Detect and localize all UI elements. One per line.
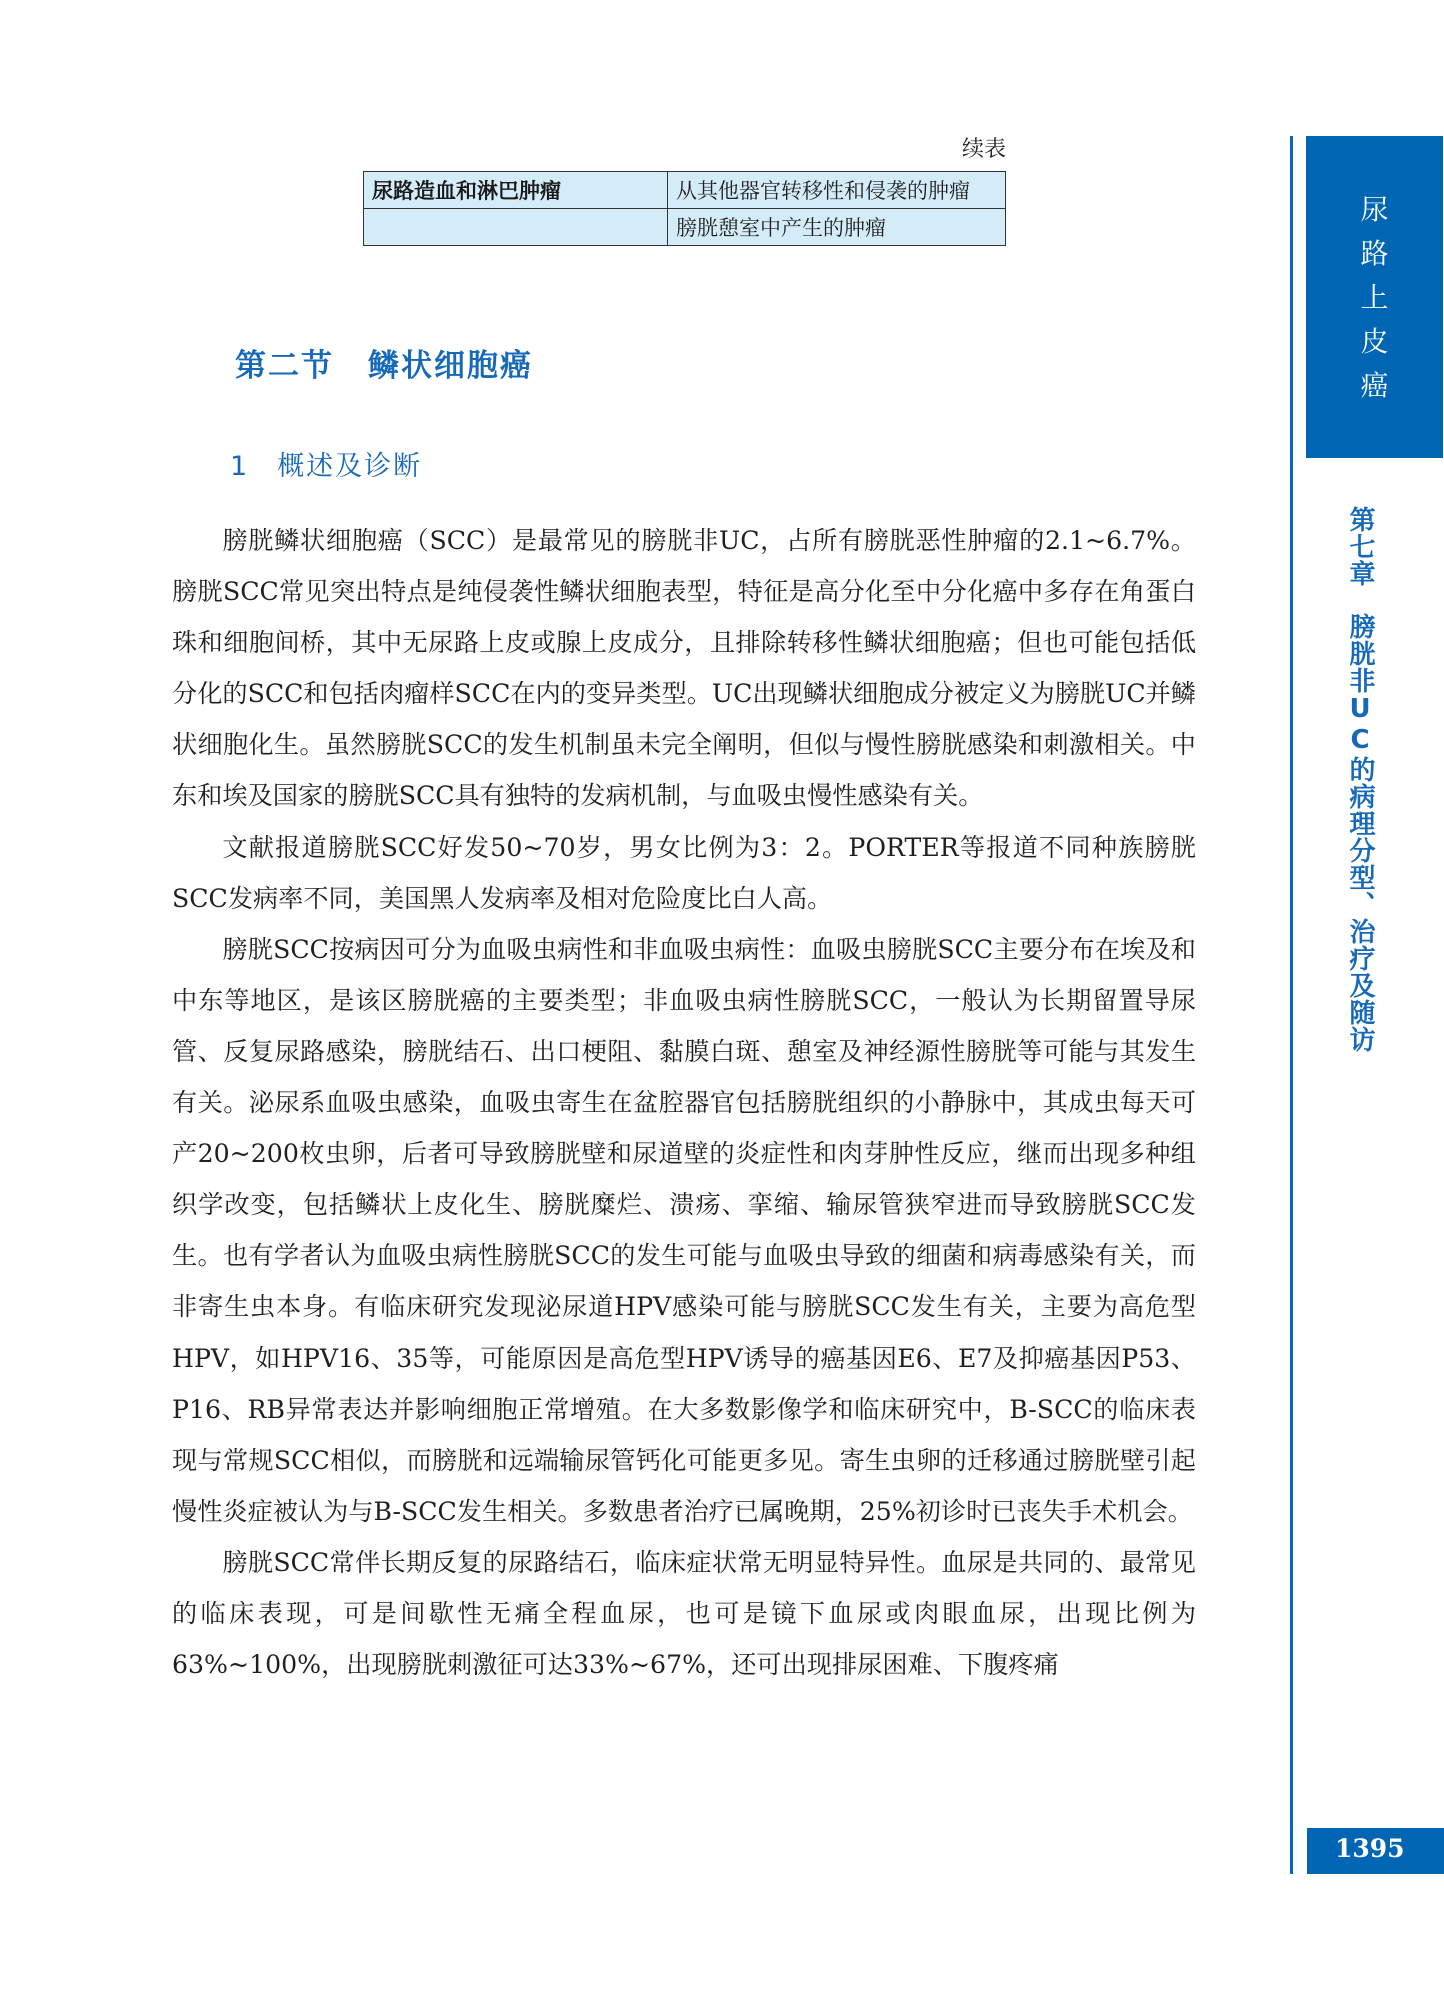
table-cell-item: 膀胱憩室中产生的肿瘤 [668,209,1006,246]
table-cell-category [364,209,668,246]
body-text: 膀胱鳞状细胞癌（SCC）是最常见的膀胱非UC，占所有膀胱恶性肿瘤的2.1~6.7… [172,515,1196,1690]
chapter-title-latin: UC [1345,694,1375,756]
table-row: 尿路造血和淋巴肿瘤 从其他器官转移性和侵袭的肿瘤 [364,172,1006,209]
paragraph: 膀胱SCC按病因可分为血吸虫病性和非血吸虫病性：血吸虫膀胱SCC主要分布在埃及和… [172,924,1196,1537]
page-number: 1395 [1335,1834,1405,1863]
section-number: 第二节 [235,348,334,384]
classification-table: 尿路造血和淋巴肿瘤 从其他器官转移性和侵袭的肿瘤 膀胱憩室中产生的肿瘤 [363,171,1006,246]
paragraph: 文献报道膀胱SCC好发50~70岁，男女比例为3：2。PORTER等报道不同种族… [172,822,1196,924]
part-title-char: 癌 [1306,364,1443,408]
chapter-number: 第七章 [1345,506,1375,587]
part-title-char: 路 [1306,232,1443,276]
paragraph: 膀胱鳞状细胞癌（SCC）是最常见的膀胱非UC，占所有膀胱恶性肿瘤的2.1~6.7… [172,515,1196,822]
chapter-title-pre: 膀胱非 [1345,613,1375,694]
part-title: 尿路上皮癌 [1306,188,1443,408]
subsection-number: 1 [230,451,249,482]
page-number-box: 1395 [1307,1828,1444,1874]
chapter-running-head: 第七章膀胱非UC的病理分型、治疗及随访 [1338,506,1382,1053]
paragraph: 膀胱SCC常伴长期反复的尿路结石，临床症状常无明显特异性。血尿是共同的、最常见的… [172,1537,1196,1690]
table-row: 膀胱憩室中产生的肿瘤 [364,209,1006,246]
part-title-char: 上 [1306,276,1443,320]
subsection-title: 概述及诊断 [277,451,422,482]
table-continued-label: 续表 [940,132,1006,163]
subsection-heading: 1概述及诊断 [230,444,422,483]
part-title-char: 尿 [1306,188,1443,232]
table-cell-category: 尿路造血和淋巴肿瘤 [364,172,668,209]
part-title-char: 皮 [1306,320,1443,364]
part-tab: 尿路上皮癌 [1306,136,1443,458]
margin-divider-line [1290,136,1293,1874]
chapter-title-post: 的病理分型、治疗及随访 [1345,756,1375,1053]
section-heading: 第二节鳞状细胞癌 [235,340,533,385]
table-cell-item: 从其他器官转移性和侵袭的肿瘤 [668,172,1006,209]
section-title: 鳞状细胞癌 [368,348,533,384]
